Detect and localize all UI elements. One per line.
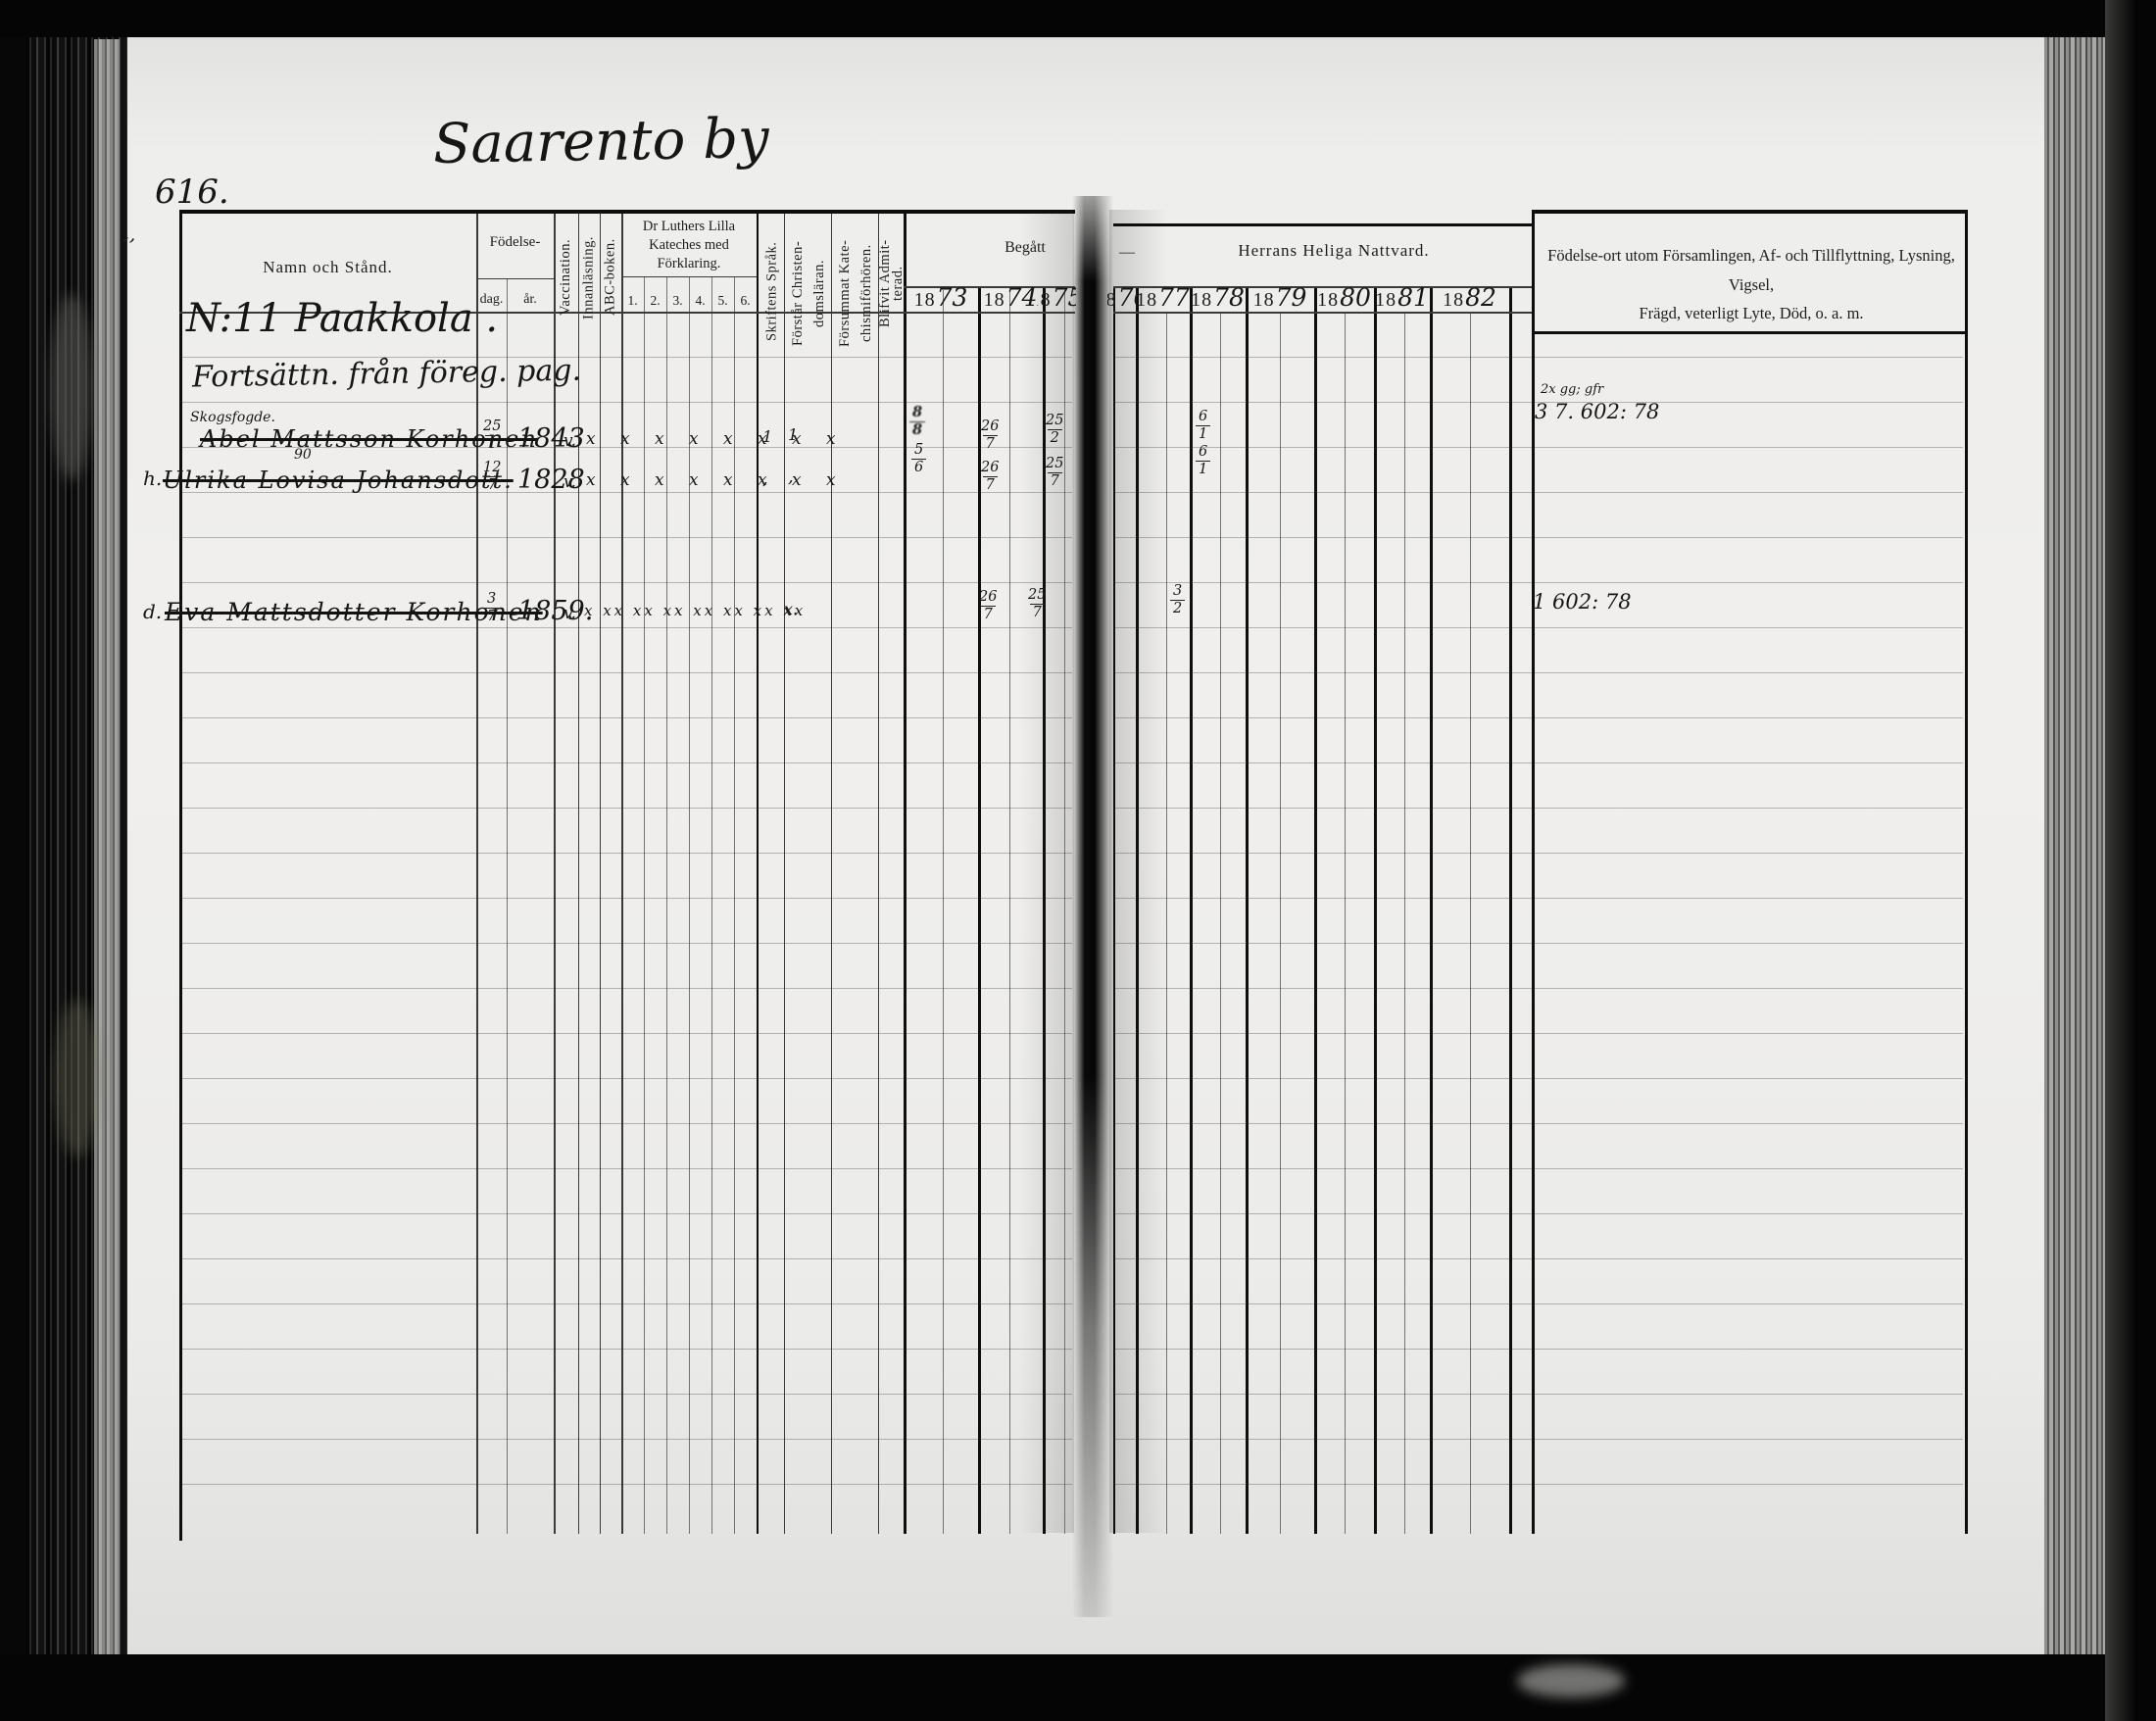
col-header-vaccination: Vaccination. [555, 216, 577, 339]
scanned-parish-register: 616. Saarento by ’’ Namn och Stånd. Föde… [0, 0, 2156, 1721]
row1-communion-1873: 88 [909, 406, 925, 437]
spine-highlight-2 [55, 1000, 100, 1156]
row3-margin-mark: d. [143, 600, 162, 623]
grid-hline [182, 537, 1072, 538]
grid-vline [476, 210, 478, 1534]
grid-vline [1009, 290, 1010, 1534]
grid-hline [182, 717, 1072, 718]
grid-hline [182, 898, 1072, 899]
grid-vline [1136, 286, 1139, 1534]
row1-communion-1874: 267 [978, 419, 1002, 451]
grid-hline [1113, 1439, 1963, 1440]
grid-vline [878, 210, 879, 1534]
grid-hline [621, 276, 757, 277]
col-header-abc-book: ABC-boken. [600, 216, 621, 339]
grid-hline [1113, 1033, 1963, 1034]
grid-hline [182, 853, 1072, 854]
row1-birth-date: 251 [480, 419, 504, 451]
row3-communion-1877: 32 [1170, 584, 1185, 615]
grid-hline [1113, 1484, 1963, 1485]
village-title: Saarento by [432, 107, 769, 176]
grid-hline [1113, 627, 1963, 628]
grid-vline [943, 290, 944, 1534]
scan-border-top [0, 0, 2156, 37]
col-header-understands-line2: domsläran. [809, 218, 830, 369]
communion-label-dash: — [1115, 243, 1139, 263]
grid-hline [1113, 898, 1963, 899]
grid-vline [1280, 312, 1281, 1534]
row1-remark: 3 7. 602: 78 [1535, 400, 1659, 423]
col-header-catechism: Dr Luthers Lilla Kateches med Förklaring… [623, 218, 755, 273]
grid-vline [831, 210, 832, 1534]
row2-vaccination-mark: v. [563, 472, 576, 492]
grid-hline [182, 627, 1072, 628]
grid-hline [182, 808, 1072, 809]
page-number: 616. [155, 172, 229, 212]
row3-birth-year: 1859. [517, 596, 593, 626]
col-header-birth-year: år. [508, 290, 553, 310]
grid-vline [734, 276, 735, 1534]
grid-vline [689, 276, 690, 1534]
grid-vline [621, 210, 623, 1534]
year-header-1877: 1877 [1136, 278, 1190, 312]
grid-hline [182, 1349, 1072, 1350]
grid-vline [578, 210, 579, 1534]
grid-vline [757, 210, 759, 1534]
grid-vline [904, 210, 906, 1534]
row3-understands-mark: x. [784, 600, 798, 618]
catechism-col-2: 2. [644, 292, 666, 310]
row3-communion-1875: 257 [1025, 588, 1049, 619]
grid-hline [1113, 1349, 1963, 1350]
col-header-name-rank: Namn och Stånd. [179, 253, 476, 282]
grid-vline [1470, 312, 1471, 1534]
grid-hline [1113, 537, 1963, 538]
row3-vaccination-mark: v. [563, 604, 576, 623]
scan-border-right [2105, 0, 2156, 1721]
grid-hline [476, 278, 554, 279]
grid-hline [179, 210, 1075, 214]
gutter-shadow-left [1019, 210, 1074, 1533]
page-edges-right [2044, 35, 2113, 1656]
row1-remark-superscript: 2x gg; gfr [1541, 382, 1603, 397]
grid-hline [182, 1439, 1072, 1440]
grid-hline [1113, 988, 1963, 989]
grid-hline [182, 672, 1072, 673]
grid-hline [182, 1168, 1072, 1169]
grid-vline [1113, 286, 1115, 1534]
gutter-shadow-right [1109, 210, 1168, 1533]
grid-hline [182, 402, 1072, 403]
grid-hline [1113, 1123, 1963, 1124]
grid-hline [1113, 762, 1963, 763]
year-header-1882: 1882 [1430, 278, 1509, 312]
grid-hline [182, 1258, 1072, 1259]
grid-vline [644, 276, 645, 1534]
row1-communion-1878: 61 [1196, 410, 1210, 441]
grid-hline [1113, 492, 1963, 493]
grid-hline [1113, 1168, 1963, 1169]
grid-hline [1113, 672, 1963, 673]
row2-language-mark: , [762, 468, 768, 489]
row1-understands-mark: 1 [788, 425, 798, 444]
grid-vline [1314, 286, 1317, 1534]
row2-communion-1873: 56 [911, 443, 926, 474]
row1-communion-1875: 252 [1043, 414, 1066, 445]
catechism-col-5: 5. [711, 292, 734, 310]
grid-hline [1113, 1213, 1963, 1214]
catechism-col-6: 6. [734, 292, 757, 310]
grid-vline [600, 210, 601, 1534]
grid-hline [1113, 1078, 1963, 1079]
grid-vline [1166, 312, 1167, 1534]
grid-vline [1220, 312, 1221, 1534]
row2-communion-1878: 61 [1196, 445, 1210, 476]
year-header-1873: 1873 [904, 278, 978, 312]
year-header-1874: 1874 [978, 278, 1043, 312]
grid-hline [1113, 1258, 1963, 1259]
grid-hline [182, 943, 1072, 944]
grid-hline [1113, 223, 1535, 226]
scan-smudge [1517, 1664, 1625, 1697]
year-header-1880: 1880 [1314, 278, 1374, 312]
col-header-understands-line1: Förstår Christen- [788, 218, 808, 369]
grid-vline [1345, 312, 1346, 1534]
grid-hline [1113, 447, 1963, 448]
row3-communion-1874: 267 [976, 590, 1000, 621]
col-header-missed-line1: Försummat Kate- [835, 218, 856, 369]
grid-vline [666, 276, 667, 1534]
col-header-missed-line2: chismiförhören. [857, 218, 877, 369]
grid-hline [1113, 717, 1963, 718]
col-header-scripture-language: Skriftens Språk. [760, 218, 784, 365]
row3-birth-date: 37 [484, 592, 499, 623]
grid-vline [1374, 286, 1377, 1534]
grid-hline [1113, 853, 1963, 854]
grid-hline [182, 1123, 1072, 1124]
catechism-col-3: 3. [666, 292, 689, 310]
row1-reading-marks: x x x x x x x x [586, 429, 846, 449]
row1-vaccination-mark: v. [563, 431, 576, 451]
grid-vline [1404, 312, 1405, 1534]
row2-name: Ulrika Lovisa Johansdott. [163, 467, 514, 494]
catechism-col-4: 4. [689, 292, 711, 310]
grid-hline [182, 1033, 1072, 1034]
grid-vline [1430, 286, 1433, 1534]
grid-hline [1113, 808, 1963, 809]
row2-birth-date: 127 [480, 461, 504, 492]
grid-vline [1246, 286, 1249, 1534]
year-header-1875: 1875 [1037, 278, 1076, 312]
grid-hline [1113, 943, 1963, 944]
grid-vline [1190, 286, 1193, 1534]
grid-hline [1113, 1303, 1963, 1304]
grid-hline [1532, 210, 1968, 214]
grid-vline [711, 276, 712, 1534]
grid-vline [179, 210, 182, 1541]
grid-hline [182, 988, 1072, 989]
row2-understands-mark: , [788, 467, 794, 487]
continuation-note: Fortsättn. från föreg. pag. [192, 354, 582, 395]
year-header-1879: 1879 [1246, 278, 1314, 312]
grid-hline [182, 582, 1072, 583]
year-header-1876: 1876 [1107, 278, 1137, 312]
grid-hline [182, 762, 1072, 763]
page-edges-left [94, 39, 120, 1656]
grid-hline [1532, 331, 1968, 334]
col-header-birth: Födelse- [476, 231, 554, 253]
row2-communion-1875: 257 [1043, 457, 1066, 488]
row2-margin-mark: h. [143, 467, 162, 490]
catechism-col-1: 1. [621, 292, 644, 310]
grid-hline [182, 1303, 1072, 1304]
row2-superscript: 90 [294, 447, 312, 463]
grid-vline [1965, 210, 1968, 1534]
grid-hline [1113, 1394, 1963, 1395]
grid-hline [182, 1394, 1072, 1395]
grid-hline [182, 1078, 1072, 1079]
communion-label-nattvard: Herrans Heliga Nattvard. [1142, 239, 1526, 263]
book-gutter [1072, 196, 1113, 1617]
spine-highlight [51, 294, 92, 480]
grid-hline [182, 1484, 1072, 1485]
scan-border-bottom [0, 1654, 2156, 1721]
row1-language-mark: 1 [762, 427, 772, 446]
row2-reading-marks: x x x x x x x x [586, 470, 846, 490]
grid-hline [182, 1213, 1072, 1214]
grid-hline [1113, 582, 1963, 583]
row3-reading-marks: x xx xx xx xx xx xx xx [584, 602, 806, 619]
year-header-1878: 1878 [1190, 278, 1246, 312]
col-header-reading: Innanläsning. [578, 216, 600, 339]
col-header-remarks: Födelse-ort utom Församlingen, Af- och T… [1543, 241, 1959, 328]
communion-label-begatt: Begått [980, 237, 1070, 259]
row3-remark: 1 602: 78 [1533, 590, 1632, 614]
grid-vline [1509, 286, 1512, 1534]
grid-vline [784, 210, 785, 1534]
year-header-1881: 1881 [1374, 278, 1430, 312]
grid-hline [1113, 357, 1963, 358]
occupation-note: Skogsfogde. [190, 410, 275, 425]
grid-vline [554, 210, 556, 1534]
household-heading: N:11 Paakkola . [186, 296, 498, 341]
row2-communion-1874: 267 [978, 461, 1002, 492]
grid-hline [1113, 312, 1532, 314]
